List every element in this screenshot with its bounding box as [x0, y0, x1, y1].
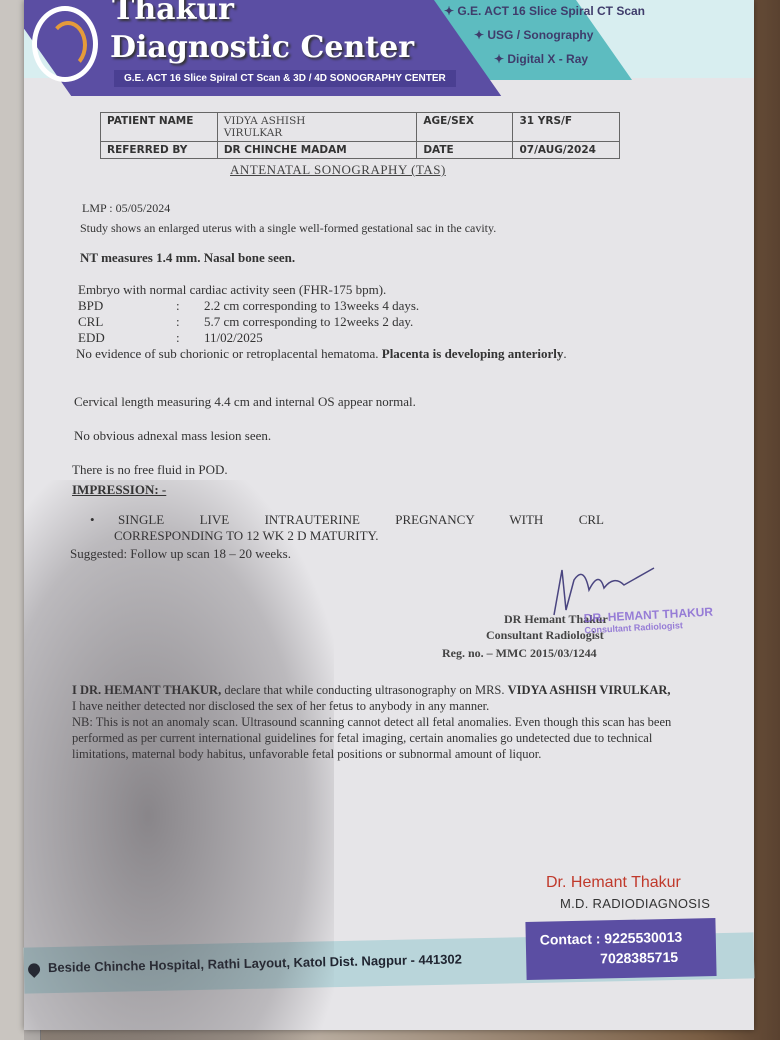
report-page: Thakur Diagnostic Center G.E. ACT 16 Sli…: [24, 0, 754, 1030]
bullet-icon: •: [90, 512, 95, 528]
declaration-text1: declare that while conducting ultrasonog…: [221, 683, 504, 697]
patient-name-line2: VIRULKAR: [224, 127, 282, 139]
table-row: REFERRED BY DR CHINCHE MADAM DATE 07/AUG…: [101, 142, 620, 159]
brand-name-line2: Diagnostic Center: [110, 30, 414, 65]
nb-disclaimer: NB: This is not an anomaly scan. Ultraso…: [72, 715, 671, 761]
location-pin-icon: [26, 960, 43, 977]
clinic-logo-icon: [32, 6, 98, 82]
fluid-text: There is no free fluid in POD.: [72, 462, 228, 478]
separator: :: [176, 314, 204, 330]
embryo-text: Embryo with normal cardiac activity seen…: [78, 282, 386, 298]
impression-item: • SINGLE LIVE INTRAUTERINE PREGNANCY WIT…: [84, 512, 604, 528]
declaration: I DR. HEMANT THAKUR, declare that while …: [72, 682, 672, 762]
impression-line2: CORRESPONDING TO 12 WK 2 D MATURITY.: [114, 528, 378, 544]
nt-finding: NT measures 1.4 mm. Nasal bone seen.: [80, 250, 295, 266]
bpd-label: BPD: [78, 298, 176, 314]
service-ct: ✦ G.E. ACT 16 Slice Spiral CT Scan: [444, 4, 645, 18]
placenta-text: Placenta is developing: [382, 346, 505, 361]
registration-number: Reg. no. – MMC 2015/03/1244: [442, 646, 597, 661]
letterhead: Thakur Diagnostic Center G.E. ACT 16 Sli…: [24, 0, 754, 96]
lmp: LMP : 05/05/2024: [82, 200, 170, 216]
referred-label: REFERRED BY: [101, 142, 218, 159]
crl-value: 5.7 cm corresponding to 12weeks 2 day.: [204, 314, 413, 329]
patient-name-line1: VIDYA ASHISH: [224, 115, 306, 127]
follow-up-text: Suggested: Follow up scan 18 – 20 weeks.: [70, 546, 291, 562]
tagline: G.E. ACT 16 Slice Spiral CT Scan & 3D / …: [114, 70, 456, 87]
date-value: 07/AUG/2024: [513, 142, 620, 159]
hematoma-sentence: No evidence of sub chorionic or retropla…: [76, 346, 379, 361]
date-label: DATE: [417, 142, 513, 159]
service-xray: ✦ Digital X - Ray: [494, 52, 588, 66]
table-row: PATIENT NAME VIDYA ASHISHVIRULKAR AGE/SE…: [101, 113, 620, 142]
cervical-text: Cervical length measuring 4.4 cm and int…: [74, 394, 416, 410]
edd-label: EDD: [78, 330, 176, 346]
patient-name-value: VIDYA ASHISHVIRULKAR: [217, 113, 417, 142]
adnexal-text: No obvious adnexal mass lesion seen.: [74, 428, 271, 444]
declaration-text2: I have neither detected nor disclosed th…: [72, 699, 489, 713]
measurement-crl: CRL:5.7 cm corresponding to 12weeks 2 da…: [78, 314, 413, 330]
study-text: Study shows an enlarged uterus with a si…: [80, 220, 496, 236]
patient-name-label: PATIENT NAME: [101, 113, 218, 142]
impression-heading: IMPRESSION: -: [72, 482, 166, 498]
separator: :: [176, 330, 204, 346]
brand-name-line1: Thakur: [112, 0, 234, 27]
declarant-name: I DR. HEMANT THAKUR,: [72, 683, 221, 697]
referred-value: DR CHINCHE MADAM: [217, 142, 417, 159]
impression-line1: SINGLE LIVE INTRAUTERINE PREGNANCY WITH …: [118, 512, 604, 528]
edd-value: 11/02/2025: [204, 330, 263, 345]
separator: :: [176, 298, 204, 314]
age-label: AGE/SEX: [417, 113, 513, 142]
contact-box: Contact : 9225530013 7028385715: [525, 918, 716, 980]
measurement-bpd: BPD:2.2 cm corresponding to 13weeks 4 da…: [78, 298, 419, 314]
patient-info-table: PATIENT NAME VIDYA ASHISHVIRULKAR AGE/SE…: [100, 112, 620, 159]
placenta-text-2: anteriorly: [508, 346, 564, 361]
footer-degree: M.D. RADIODIAGNOSIS: [560, 896, 710, 911]
age-value: 31 YRS/F: [513, 113, 620, 142]
measurement-edd: EDD:11/02/2025: [78, 330, 263, 346]
footer-doctor-name: Dr. Hemant Thakur: [546, 874, 681, 892]
bpd-value: 2.2 cm corresponding to 13weeks 4 days.: [204, 298, 419, 313]
report-title: ANTENATAL SONOGRAPHY (TAS): [230, 162, 446, 178]
contact-phone-2: 7028385715: [540, 946, 702, 969]
crl-label: CRL: [78, 314, 176, 330]
service-usg: ✦ USG / Sonography: [474, 28, 593, 42]
patient-name-bold: VIDYA ASHISH VIRULKAR,: [508, 683, 671, 697]
hematoma-text: No evidence of sub chorionic or retropla…: [76, 346, 596, 362]
